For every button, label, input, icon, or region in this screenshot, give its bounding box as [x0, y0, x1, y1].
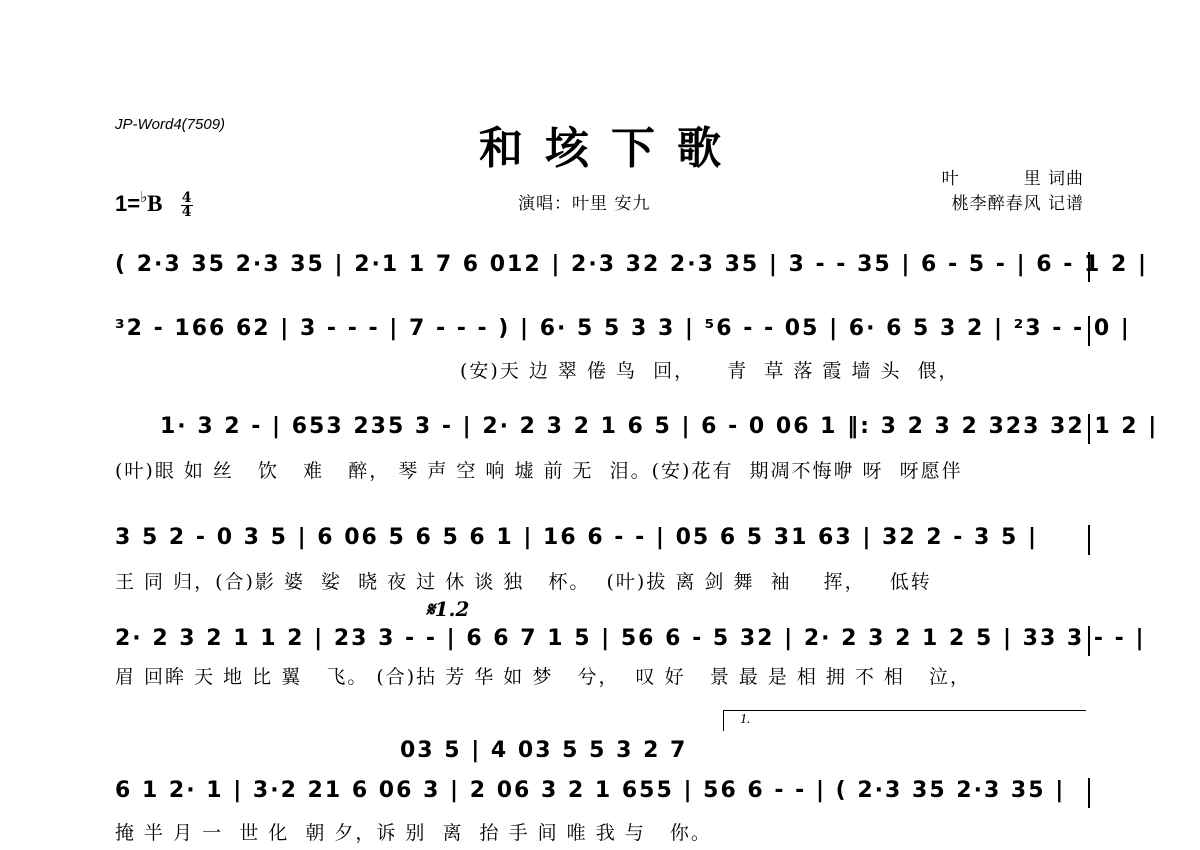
lyrics-line-2: (安)天 边 翠 倦 鸟 回， 青 草 落 霞 墙 头 偎， — [460, 356, 960, 383]
notation-line-2: ³2 - 166 62 | 3 - - - | 7 - - - ) | 6· 5… — [115, 316, 1131, 341]
volta-label: 1. — [740, 712, 751, 728]
lyrics-line-3: (叶)眼 如 丝 饮 难 醉， 琴 声 空 响 墟 前 无 泪。(安)花有 期凋… — [115, 456, 963, 483]
composer-credit: 叶里 词曲 — [942, 164, 1084, 189]
notation-line-3: 1· 3 2 - | 653 235 3 - | 2· 2 3 2 1 6 5 … — [160, 414, 1158, 439]
score-line-2: ³2 - 166 62 | 3 - - - | 7 - - - ) | 6· 5… — [115, 316, 1090, 386]
singer-credit: 演唱：叶里 安九 — [518, 189, 650, 214]
volta-bracket — [723, 710, 1086, 731]
time-signature-bottom: 4 — [182, 204, 192, 220]
time-signature: 4 4 — [181, 192, 193, 219]
lyrics-line-4: 王 同 归，(合)影 婆 娑 晓 夜 过 休 谈 独 杯。 (叶)拔 离 剑 舞… — [115, 567, 932, 594]
score-line-3: 1· 3 2 - | 653 235 3 - | 2· 2 3 2 1 6 5 … — [115, 414, 1090, 484]
barline — [1088, 252, 1090, 282]
score-line-4: 3 5 2 - 0 3 5 | 6 06 5 6 5 6 1 | 16 6 - … — [115, 525, 1090, 595]
composer-name-b: 里 — [1024, 169, 1042, 189]
composer-role: 词曲 — [1048, 169, 1084, 189]
notation-upper-line-6: 03 5 | 4 03 5 5 3 2 7 — [400, 738, 687, 763]
score-line-1: ( 2·3 35 2·3 35 | 2·1 1 7 6 012 | 2·3 32… — [115, 252, 1090, 292]
notation-line-6: 6 1 2· 1 | 3·2 21 6 06 3 | 2 06 3 2 1 65… — [115, 778, 1065, 803]
barline — [1088, 778, 1090, 808]
lyrics-line-5: 眉 回眸 天 地 比 翼 飞。 (合)拈 芳 华 如 梦 兮， 叹 好 景 最 … — [115, 662, 971, 689]
composer-name-a: 叶 — [942, 169, 960, 189]
key-prefix: 1= — [115, 191, 140, 216]
segno-marking: 𝄋1.2 — [426, 597, 469, 621]
notation-line-5: 2· 2 3 2 1 1 2 | 23 3 - - | 6 6 7 1 5 | … — [115, 626, 1146, 651]
key-signature: 1=♭B 4 4 — [115, 188, 193, 219]
key-note: B — [147, 191, 162, 216]
lyrics-line-6: 掩 半 月 一 世 化 朝 夕，诉 别 离 抬 手 间 唯 我 与 你。 — [115, 818, 712, 845]
score-line-6: 03 5 | 4 03 5 5 3 2 7 6 1 2· 1 | 3·2 21 … — [115, 738, 1090, 848]
score-line-5: 2· 2 3 2 1 1 2 | 23 3 - - | 6 6 7 1 5 | … — [115, 626, 1090, 696]
barline — [1088, 525, 1090, 555]
notation-line-4: 3 5 2 - 0 3 5 | 6 06 5 6 5 6 1 | 16 6 - … — [115, 525, 1038, 550]
barline — [1088, 414, 1090, 444]
barline — [1088, 316, 1090, 346]
notation-line-1: ( 2·3 35 2·3 35 | 2·1 1 7 6 012 | 2·3 32… — [115, 252, 1148, 277]
transcriber-credit: 桃李醉春风 记谱 — [952, 189, 1084, 214]
barline — [1088, 626, 1090, 656]
